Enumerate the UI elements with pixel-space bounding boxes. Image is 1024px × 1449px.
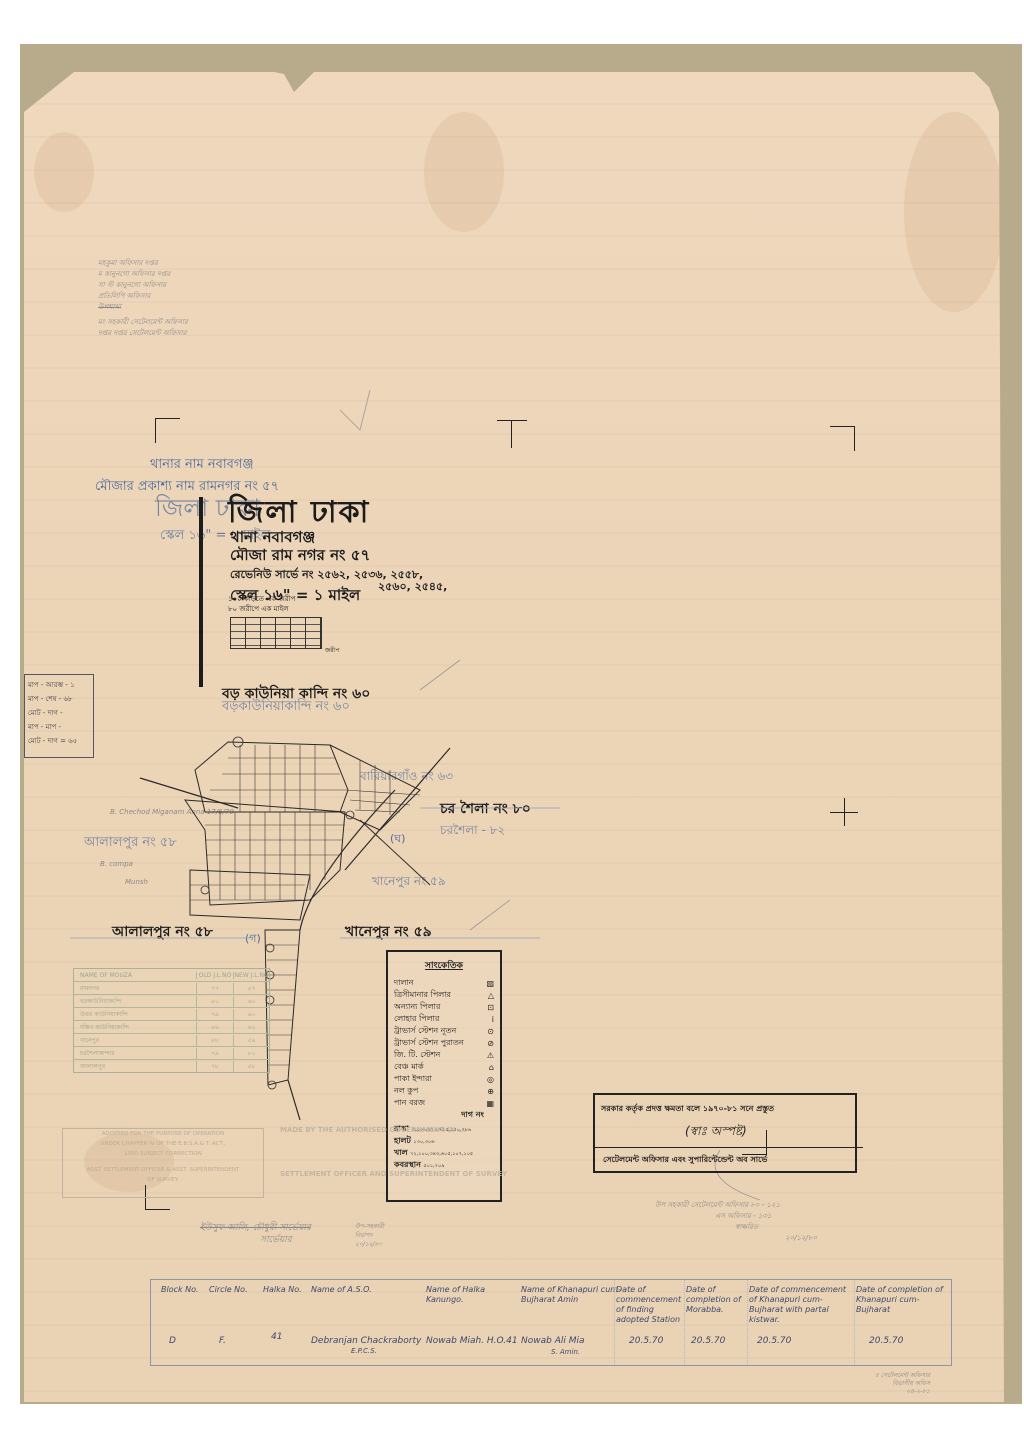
- preparation-certificate: সরকার কর্তৃক প্রদত্ত ক্ষমতা বলে ১৯৭০-৮১ …: [593, 1093, 857, 1173]
- map-legend: সাংকেতিক দালান▨ ত্রিসীমানার পিলার△ অন্যা…: [386, 950, 502, 1202]
- pencil-note: এস অফিসার - ১৩১: [655, 1211, 817, 1222]
- cell: ৫৭: [234, 983, 269, 994]
- pencil-note: ২০/১২/৮০: [355, 1240, 384, 1249]
- stamp-line: ASST. SETTLEMENT OFFICER & ASST. SUPERIN…: [63, 1165, 263, 1175]
- table-row: রামনগর৭৭৫৭: [74, 982, 269, 995]
- certificate-designation: সেটেলমেন্ট অফিসার এবং সুপারিন্টেন্ডেন্ট …: [595, 1147, 863, 1167]
- iron-pillar-icon: i: [492, 1015, 494, 1024]
- legend-item: পাকা ইন্দারা◎: [388, 1073, 500, 1085]
- kanungo-name: Nowab Miah. H.O.41: [426, 1336, 518, 1346]
- amin-name: Nowab Ali Mia: [521, 1336, 585, 1346]
- corner-note: ৫ সেটেলমেন্ট অফিসার বিভাগীয় অফিস ২৪-২-৮…: [875, 1372, 930, 1396]
- stamp-line: ADOPTED FOR THE PURPOSE OF OPERATION: [63, 1129, 263, 1139]
- column-header: Date of commencement of finding adopted …: [616, 1285, 686, 1325]
- column-header: Date of commencement of Khanapuri cum-Bu…: [749, 1285, 854, 1325]
- legend-item: ট্রাভার্স স্টেশন নূতন⊙: [388, 1025, 500, 1037]
- column-header: Name of A.S.O.: [311, 1285, 372, 1295]
- mouza-number-table: NAME OF MOUZA OLD J.L.NO NEW J.L.NO রামন…: [73, 968, 270, 1073]
- survey-staff-table: Block No. Circle No. Halka No. Name of A…: [150, 1279, 952, 1366]
- column-header: Name of Khanapuri cum-Bujharat Amin: [521, 1285, 621, 1305]
- authorisation-stamp-line: MADE BY THE AUTHORISED GOVERNMENT IN ...: [280, 1126, 466, 1134]
- table-row: উত্তর কাউনিয়াকান্দি৭৯৬০: [74, 1008, 269, 1021]
- other-pillar-icon: ⊡: [487, 1003, 494, 1012]
- cell: ৮০: [234, 1048, 269, 1059]
- column-header: NEW J.L.NO: [234, 972, 269, 979]
- date-khanapuri-end: 20.5.70: [869, 1336, 903, 1346]
- pencil-note: বিভাগীয় অফিস: [875, 1380, 930, 1388]
- pencil-note: ইউসুফ আলি, চৌধুরী সার্ভেয়ার: [200, 1222, 311, 1234]
- cell: ৬২: [234, 1022, 269, 1033]
- cell: বড়কাউনিয়াকান্দি: [74, 996, 197, 1007]
- halka-value: 41: [271, 1332, 282, 1342]
- pencil-note: ২০/১২/৮০: [655, 1233, 817, 1244]
- pencil-note: সার্ভেয়ার: [200, 1234, 311, 1246]
- traverse-station-new-icon: ⊙: [487, 1027, 494, 1036]
- column-header: Date of completion of Morabba.: [686, 1285, 748, 1315]
- column-header: Block No.: [161, 1285, 199, 1295]
- date-morabba: 20.5.70: [691, 1336, 725, 1346]
- dag-value: ৭২,১০০,৩৪৩,৬০৫,১০৭,১০৫: [410, 1151, 473, 1157]
- dag-label: খাল: [394, 1148, 408, 1157]
- table-row: বড়কাউনিয়াকান্দি৮০৬০: [74, 995, 269, 1008]
- betel-garden-icon: ▦: [486, 1099, 494, 1108]
- legend-item: পান বরজ▦: [388, 1097, 500, 1109]
- masonry-well-icon: ◎: [487, 1075, 494, 1084]
- pencil-note: উপ-সহকারী: [355, 1222, 384, 1231]
- legend-item: ত্রিসীমানার পিলার△: [388, 989, 500, 1001]
- column-header: NAME OF MOUZA: [74, 972, 197, 979]
- cell: চরশৈলাকান্দার: [74, 1048, 197, 1059]
- legend-item: জি. টি. স্টেশন⚠: [388, 1049, 500, 1061]
- tube-well-icon: ⊕: [487, 1087, 494, 1096]
- dag-value: ৫০১,৭০৯: [423, 1163, 444, 1169]
- stamp-line: OF SURVEY.: [63, 1175, 263, 1185]
- cell: ৮৬: [197, 1022, 235, 1033]
- cell: ৭৮: [197, 1061, 235, 1072]
- column-header: Date of completion of Khanapuri cum-Bujh…: [856, 1285, 951, 1315]
- table-row: দক্ষিণ কাউনিয়াকান্দি৮৬৬২: [74, 1021, 269, 1034]
- legend-item: বেঞ্চ মার্ক⌂: [388, 1061, 500, 1073]
- block-value: D: [169, 1336, 176, 1346]
- dag-value: ১৩০,৩০৬: [413, 1139, 434, 1145]
- cell: আলালপুর: [74, 1061, 197, 1072]
- dag-item: হালট ১৩০,৩০৬: [388, 1135, 500, 1147]
- table-row: খানেপুর৮৮৫৯: [74, 1034, 269, 1047]
- column-header: OLD J.L.NO: [197, 972, 235, 979]
- column-header: Name of Halka Kanungo.: [426, 1285, 506, 1305]
- date-station: 20.5.70: [629, 1336, 663, 1346]
- table-header: NAME OF MOUZA OLD J.L.NO NEW J.L.NO: [74, 969, 269, 982]
- legend-item: ট্রাভার্স স্টেশন পুরাতন⊘: [388, 1037, 500, 1049]
- cell: ৭৯: [197, 1009, 235, 1020]
- cell: ৮০: [197, 996, 235, 1007]
- adoption-stamp: ADOPTED FOR THE PURPOSE OF OPERATION UND…: [62, 1128, 264, 1198]
- cell: রামনগর: [74, 983, 197, 994]
- circle-value: F.: [219, 1336, 226, 1346]
- legend-label: পান বরজ: [394, 1097, 425, 1110]
- cell: ৭৯: [197, 1048, 235, 1059]
- cell: খানেপুর: [74, 1035, 197, 1046]
- traverse-station-old-icon: ⊘: [487, 1039, 494, 1048]
- dag-heading: দাগ নং: [388, 1109, 500, 1123]
- table-row: আলালপুর৭৮৫৮: [74, 1060, 269, 1072]
- cell: ৭৭: [197, 983, 235, 994]
- aso-name: Debranjan Chackraborty: [311, 1336, 421, 1346]
- pencil-notes-bottom-left: ইউসুফ আলি, চৌধুরী সার্ভেয়ার সার্ভেয়ার: [200, 1222, 311, 1246]
- legend-item: নল কুপ⊕: [388, 1085, 500, 1097]
- cell: দক্ষিণ কাউনিয়াকান্দি: [74, 1022, 197, 1033]
- signature: (স্বাঃ অস্পষ্ট): [685, 1123, 747, 1143]
- amin-designation: S. Amin.: [551, 1348, 580, 1356]
- pencil-note: উপ সহকারী সেটেলমেন্ট অফিসার ৮০ - ১২১: [655, 1200, 817, 1211]
- column-header: Circle No.: [209, 1285, 248, 1295]
- pencil-note: স্বাক্ষরিত: [655, 1222, 817, 1233]
- date-khanapuri-start: 20.5.70: [757, 1336, 791, 1346]
- dag-item: খাল ৭২,১০০,৩৪৩,৬০৫,১০৭,১০৫: [388, 1147, 500, 1159]
- cell: ৮৮: [197, 1035, 235, 1046]
- cadastral-map-drawing: [0, 0, 1024, 1449]
- pencil-note: ২৪-২-৮১: [875, 1388, 930, 1396]
- tri-junction-pillar-icon: △: [488, 991, 494, 1000]
- legend-title: সাংকেতিক: [388, 958, 500, 973]
- cell: ৫৮: [234, 1061, 269, 1072]
- stamp-line: UNDER CHAPTER IV OF THE E.B.S.A.& T. ACT…: [63, 1139, 263, 1149]
- column-header: Halka No.: [263, 1285, 302, 1295]
- cell: উত্তর কাউনিয়াকান্দি: [74, 1009, 197, 1020]
- building-icon: ▨: [486, 979, 494, 988]
- pencil-notes-bottom-right: উপ সহকারী সেটেলমেন্ট অফিসার ৮০ - ১২১ এস …: [655, 1200, 817, 1244]
- cell: ৬০: [234, 996, 269, 1007]
- pencil-note: নিরাপদ: [355, 1231, 384, 1240]
- legend-item: লোহার পিলারi: [388, 1013, 500, 1025]
- cell: ৬০: [234, 1009, 269, 1020]
- dag-label: কবরস্থান: [394, 1160, 421, 1169]
- legend-item: অন্যান্য পিলার⊡: [388, 1001, 500, 1013]
- stamp-line: 1950 SUBJECT CORRECTION: [63, 1149, 263, 1159]
- gt-station-icon: ⚠: [487, 1051, 494, 1060]
- pencil-note: ৫ সেটেলমেন্ট অফিসার: [875, 1372, 930, 1380]
- legend-item: দালান▨: [388, 977, 500, 989]
- aso-designation: E.P.C.S.: [351, 1347, 377, 1355]
- certificate-line: সরকার কর্তৃক প্রদত্ত ক্ষমতা বলে ১৯৭০-৮১ …: [601, 1103, 774, 1116]
- settlement-officer-stamp-line: SETTLEMENT OFFICER AND SUPERINTENDENT OF…: [280, 1170, 507, 1178]
- cell: ৫৯: [234, 1035, 269, 1046]
- dag-label: হালট: [394, 1136, 411, 1145]
- bench-mark-icon: ⌂: [489, 1063, 494, 1072]
- pencil-notes-bottom-mid: উপ-সহকারী নিরাপদ ২০/১২/৮০: [355, 1222, 384, 1249]
- table-row: চরশৈলাকান্দার৭৯৮০: [74, 1047, 269, 1060]
